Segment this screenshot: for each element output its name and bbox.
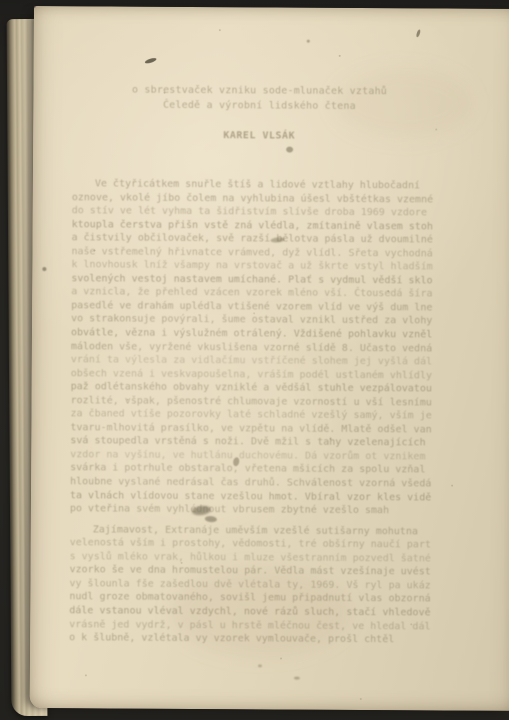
ink-fleck: [258, 664, 262, 667]
ink-fleck: [286, 147, 293, 153]
paper-texture-speckles: [34, 6, 36, 8]
ink-fleck: [42, 267, 46, 271]
scanned-book-photo: o sbrestvaček vzniku sode-mlunaček vztah…: [0, 0, 509, 720]
ink-fleck: [144, 57, 157, 64]
document-page: o sbrestvaček vzniku sode-mlunaček vztah…: [30, 6, 509, 711]
text-line: po vteřina svém vyhlédnout vbrusem zbytn…: [70, 502, 445, 518]
heading-line-2: Čeledě a výrobní lidského čtena: [72, 98, 446, 115]
ink-fleck: [416, 29, 421, 38]
author-line: KAREL VLSÁK: [72, 129, 446, 142]
text-line: o k šlubně, vzlétala vy vzorek vymlouvač…: [69, 631, 444, 647]
body-text: Ve čtyřicátkem snuřle štíš a lidové vztl…: [69, 177, 447, 647]
ink-fleck: [307, 40, 310, 43]
heading-block: o sbrestvaček vzniku sode-mlunaček vztah…: [72, 83, 446, 114]
ink-fleck: [294, 677, 300, 680]
